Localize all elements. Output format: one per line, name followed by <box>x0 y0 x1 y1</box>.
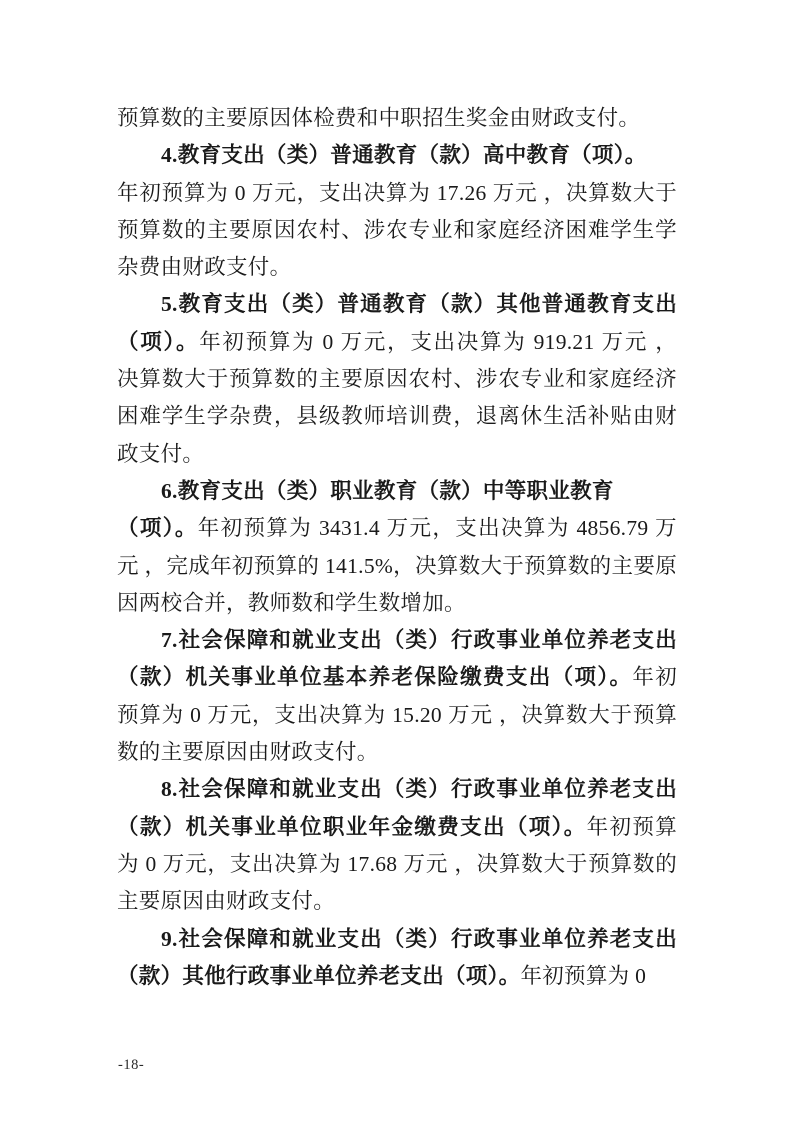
text-line: 预算为 0 万元，支出决算为 15.20 万元 ，决算数大于预算 <box>117 697 677 734</box>
text-line: （款）其他行政事业单位养老支出（项）。年初预算为 0 <box>117 958 677 995</box>
text-line: 困难学生学杂费，县级教师培训费，退离休生活补贴由财 <box>117 398 677 435</box>
text-line: （项）。年初预算为 0 万元，支出决算为 919.21 万元 ， <box>117 324 677 361</box>
body-text-segment: 年初 <box>632 665 677 689</box>
text-line: 4.教育支出（类）普通教育（款）高中教育（项）。 <box>117 137 677 174</box>
text-line: 政支付。 <box>117 436 677 473</box>
document-page: 预算数的主要原因体检费和中职招生奖金由财政支付。4.教育支出（类）普通教育（款）… <box>0 0 793 1122</box>
text-line: 7.社会保障和就业支出（类）行政事业单位养老支出 <box>117 622 677 659</box>
text-line: 元 ，完成年初预算的 141.5%，决算数大于预算数的主要原 <box>117 548 677 585</box>
body-text-segment: 元 ，完成年初预算的 141.5%，决算数大于预算数的主要原 <box>117 554 677 578</box>
body-text-segment: 年初预算 <box>587 815 677 839</box>
text-line: 8.社会保障和就业支出（类）行政事业单位养老支出 <box>117 771 677 808</box>
body-text-segment: 政支付。 <box>117 442 204 466</box>
body-text-segment: 决算数大于预算数的主要原因农村、涉农专业和家庭经济 <box>117 367 677 391</box>
text-line: 数的主要原因由财政支付。 <box>117 734 677 771</box>
text-line: 6.教育支出（类）职业教育（款）中等职业教育 <box>117 473 677 510</box>
heading-text-segment: （项）。 <box>117 330 199 354</box>
heading-text-segment: 9.社会保障和就业支出（类）行政事业单位养老支出 <box>161 927 677 951</box>
heading-text-segment: 4.教育支出（类）普通教育（款）高中教育（项）。 <box>161 143 647 167</box>
body-text-segment: 主要原因由财政支付。 <box>117 889 335 913</box>
body-text-segment: 年初预算为 0 <box>520 964 646 988</box>
text-block: 预算数的主要原因体检费和中职招生奖金由财政支付。4.教育支出（类）普通教育（款）… <box>117 100 677 995</box>
body-text-segment: 预算数的主要原因农村、涉农专业和家庭经济困难学生学 <box>117 218 677 242</box>
heading-text-segment: 8.社会保障和就业支出（类）行政事业单位养老支出 <box>161 777 677 801</box>
text-line: 预算数的主要原因农村、涉农专业和家庭经济困难学生学 <box>117 212 677 249</box>
page-number: -18- <box>118 1055 144 1075</box>
heading-text-segment: 7.社会保障和就业支出（类）行政事业单位养老支出 <box>161 628 677 652</box>
text-line: 预算数的主要原因体检费和中职招生奖金由财政支付。 <box>117 100 677 137</box>
text-line: 年初预算为 0 万元，支出决算为 17.26 万元 ，决算数大于 <box>117 175 677 212</box>
body-text-segment: 年初预算为 0 万元，支出决算为 17.26 万元 ，决算数大于 <box>117 181 677 205</box>
heading-text-segment: （款）机关事业单位职业年金缴费支出（项）。 <box>117 815 587 839</box>
body-text-segment: 数的主要原因由财政支付。 <box>117 740 379 764</box>
text-line: （款）机关事业单位职业年金缴费支出（项）。年初预算 <box>117 809 677 846</box>
body-text-segment: 为 0 万元，支出决算为 17.68 万元 ，决算数大于预算数的 <box>117 852 677 876</box>
body-text-segment: 困难学生学杂费，县级教师培训费，退离休生活补贴由财 <box>117 404 677 428</box>
body-text-segment: 预算数的主要原因体检费和中职招生奖金由财政支付。 <box>117 106 640 130</box>
text-line: （项）。年初预算为 3431.4 万元，支出决算为 4856.79 万 <box>117 510 677 547</box>
text-line: 杂费由财政支付。 <box>117 249 677 286</box>
text-line: 为 0 万元，支出决算为 17.68 万元 ，决算数大于预算数的 <box>117 846 677 883</box>
body-text-segment: 预算为 0 万元，支出决算为 15.20 万元 ，决算数大于预算 <box>117 703 677 727</box>
heading-text-segment: （项）。 <box>117 516 198 540</box>
text-line: 决算数大于预算数的主要原因农村、涉农专业和家庭经济 <box>117 361 677 398</box>
body-text-segment: 年初预算为 3431.4 万元，支出决算为 4856.79 万 <box>198 516 677 540</box>
text-line: （款）机关事业单位基本养老保险缴费支出（项）。年初 <box>117 659 677 696</box>
text-line: 主要原因由财政支付。 <box>117 883 677 920</box>
heading-text-segment: 6.教育支出（类）职业教育（款）中等职业教育 <box>161 479 614 503</box>
text-line: 因两校合并，教师数和学生数增加。 <box>117 585 677 622</box>
heading-text-segment: （款）其他行政事业单位养老支出（项）。 <box>117 964 520 988</box>
body-text-segment: 年初预算为 0 万元，支出决算为 919.21 万元 ， <box>199 330 677 354</box>
text-line: 9.社会保障和就业支出（类）行政事业单位养老支出 <box>117 921 677 958</box>
body-text-segment: 因两校合并，教师数和学生数增加。 <box>117 591 466 615</box>
body-text-segment: 杂费由财政支付。 <box>117 255 291 279</box>
heading-text-segment: （款）机关事业单位基本养老保险缴费支出（项）。 <box>117 665 632 689</box>
text-line: 5.教育支出（类）普通教育（款）其他普通教育支出 <box>117 286 677 323</box>
heading-text-segment: 5.教育支出（类）普通教育（款）其他普通教育支出 <box>161 292 677 316</box>
